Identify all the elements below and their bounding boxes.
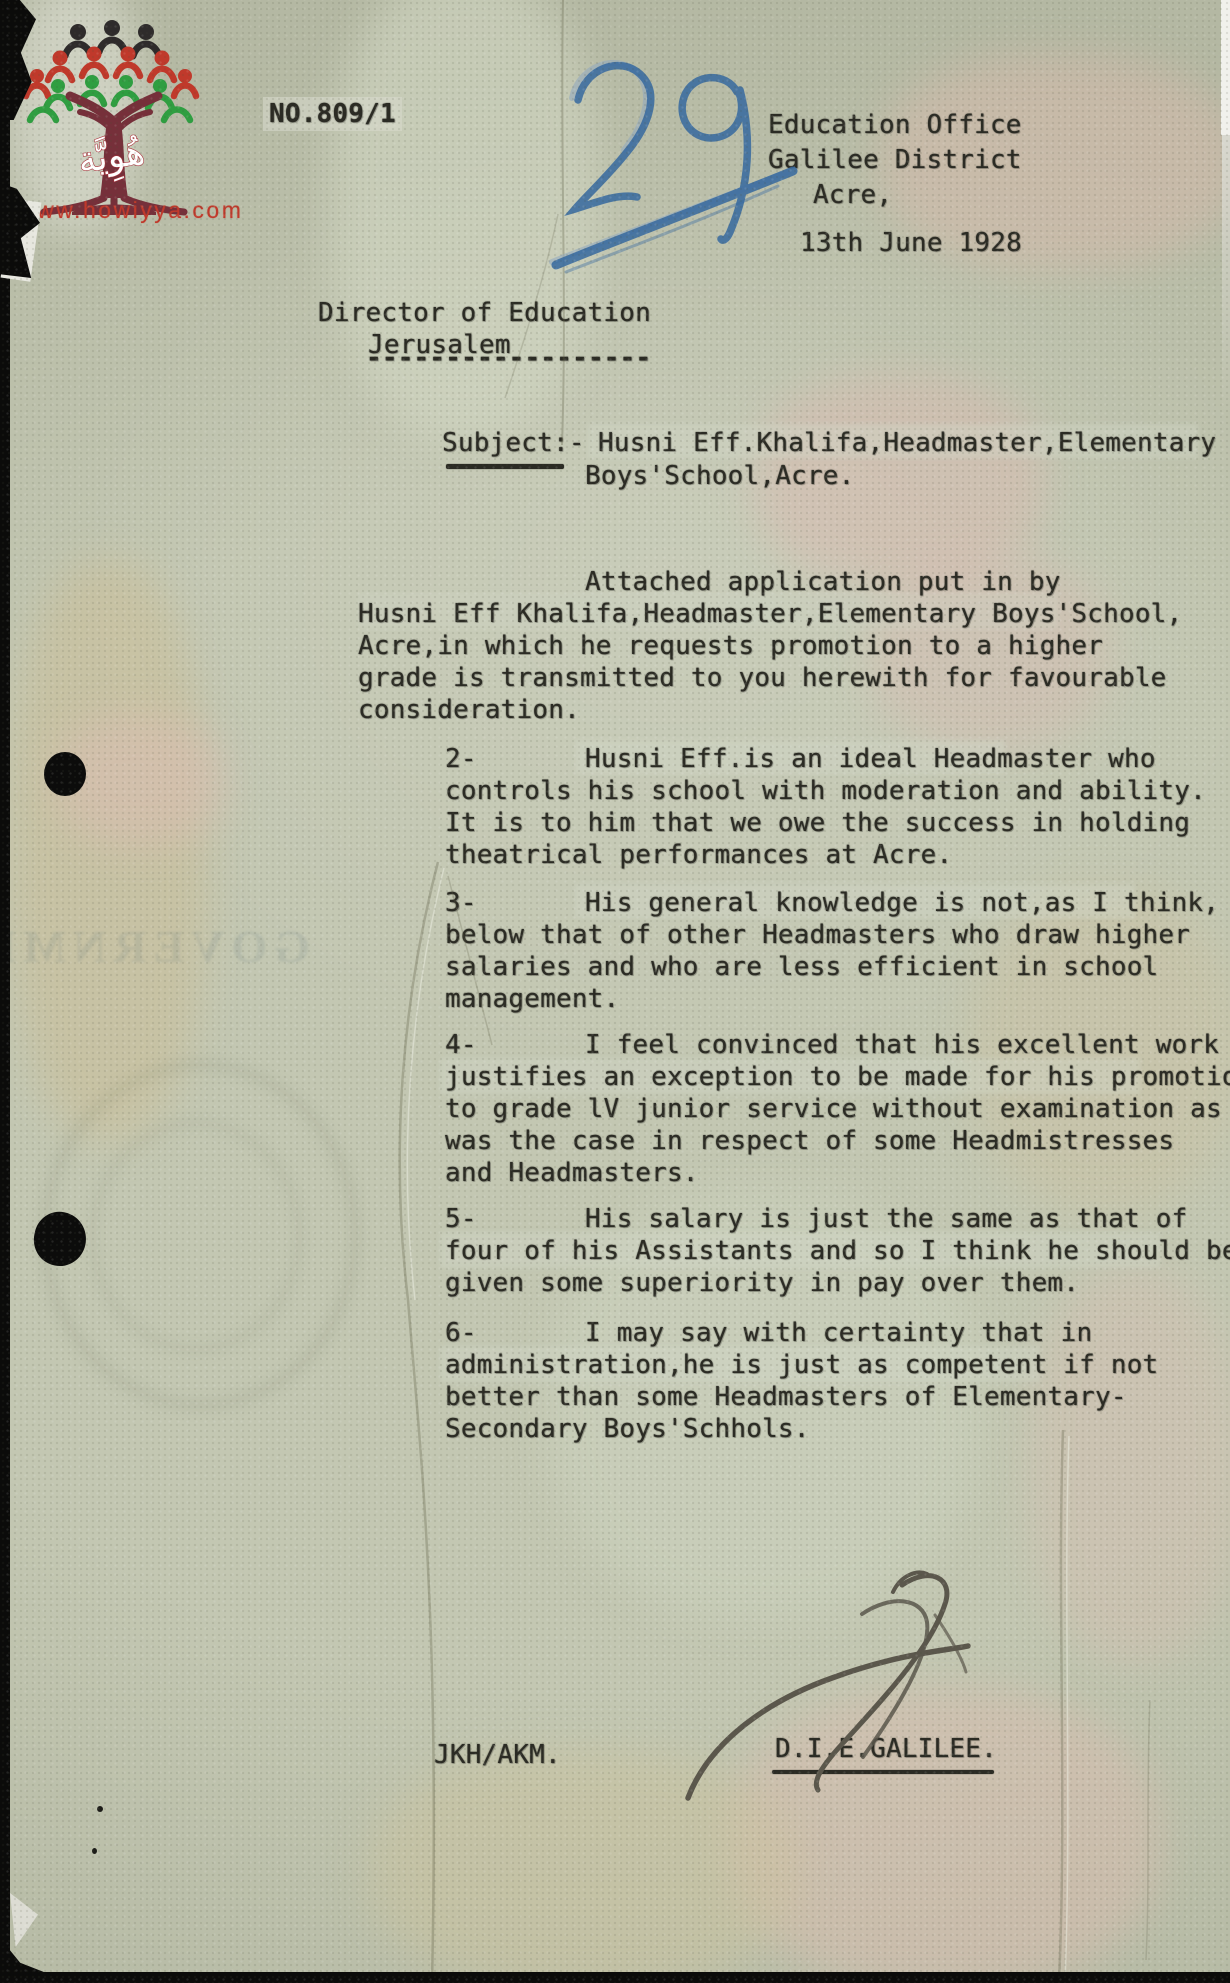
- paper-stain: [370, 1750, 800, 1983]
- paragraph-first-line: His general knowledge is not,as I think,: [585, 888, 1219, 918]
- paragraph-line: management.: [445, 984, 619, 1014]
- paper-stain: [330, 0, 600, 440]
- paragraph-line: salaries and who are less efficient in s…: [445, 952, 1158, 982]
- paragraph-first-line: Attached application put in by: [585, 567, 1061, 597]
- letter-date: 13th June 1928: [800, 228, 1022, 258]
- paragraph-line: four of his Assistants and so I think he…: [445, 1236, 1230, 1266]
- paragraph-line: below that of other Headmasters who draw…: [445, 920, 1190, 950]
- subject-line-2: Boys'School,Acre.: [585, 461, 855, 491]
- signatory-underline: [772, 1770, 994, 1774]
- scan-edge-right-fade: [1222, 135, 1230, 415]
- paper-stain: [8, 560, 208, 1140]
- letterhead-district: Galilee District: [768, 145, 1022, 175]
- scanned-letter-page: GOVERNME: [0, 0, 1230, 1983]
- paragraph-line: given some superiority in pay over them.: [445, 1268, 1079, 1298]
- paragraph-first-line: Husni Eff.is an ideal Headmaster who: [585, 744, 1156, 774]
- scan-edge-left: [0, 0, 10, 1983]
- paragraph-first-line: I may say with certainty that in: [585, 1318, 1092, 1348]
- paragraph-line: Secondary Boys'Schhols.: [445, 1414, 810, 1444]
- paragraph-line: consideration.: [358, 695, 580, 725]
- paragraph-line: and Headmasters.: [445, 1158, 699, 1188]
- paragraph-line: better than some Headmasters of Elementa…: [445, 1382, 1127, 1412]
- bleed-through-emblem: [90, 1120, 302, 1352]
- paragraph-number: 6-: [445, 1318, 477, 1348]
- subject-line-1: Husni Eff.Khalifa,Headmaster,Elementary: [598, 428, 1216, 458]
- paper-stain: [10, 0, 140, 230]
- scan-edge-right-white: [1221, 0, 1230, 135]
- subject-underline: [446, 464, 564, 469]
- signatory-title: D.I.E.GALILEE.: [775, 1734, 997, 1764]
- ink-speck: [92, 1848, 97, 1854]
- paragraph-number: 2-: [445, 744, 477, 774]
- paragraph-line: to grade lV junior service without exami…: [445, 1094, 1222, 1124]
- paragraph-line: justifies an exception to be made for hi…: [445, 1062, 1230, 1092]
- paragraph-line: Acre,in which he requests promotion to a…: [358, 631, 1103, 661]
- watermark-url: www.howiyya.com: [18, 197, 243, 224]
- paragraph-line: controls his school with moderation and …: [445, 776, 1206, 806]
- typist-initials: JKH/AKM.: [434, 1740, 561, 1770]
- paragraph-number: 5-: [445, 1204, 477, 1234]
- paragraph-line: Husni Eff Khalifa,Headmaster,Elementary …: [358, 599, 1182, 629]
- paragraph-line: was the case in respect of some Headmist…: [445, 1126, 1174, 1156]
- paragraph-first-line: I feel convinced that his excellent work: [585, 1030, 1219, 1060]
- paragraph-line: administration,he is just as competent i…: [445, 1350, 1158, 1380]
- paragraph-first-line: His salary is just the same as that of: [585, 1204, 1187, 1234]
- letterhead-city: Acre,: [813, 180, 892, 210]
- reference-number: NO.809/1: [263, 97, 402, 131]
- punch-hole: [44, 752, 86, 796]
- recipient-underline: ------------------: [366, 343, 651, 373]
- bleed-through-ghost-text: GOVERNME: [0, 920, 310, 973]
- scan-edge-bottom: [0, 1972, 1230, 1983]
- paragraph-line: grade is transmitted to you herewith for…: [358, 663, 1167, 693]
- ink-speck: [97, 1806, 103, 1812]
- subject-label: Subject:-: [442, 428, 585, 458]
- paragraph-number: 4-: [445, 1030, 477, 1060]
- scan-tear-white: [10, 1893, 38, 1947]
- paragraph-line: It is to him that we owe the success in …: [445, 808, 1190, 838]
- paragraph-line: theatrical performances at Acre.: [445, 840, 952, 870]
- letterhead-office: Education Office: [768, 110, 1022, 140]
- paragraph-number: 3-: [445, 888, 477, 918]
- recipient-title: Director of Education: [318, 298, 651, 328]
